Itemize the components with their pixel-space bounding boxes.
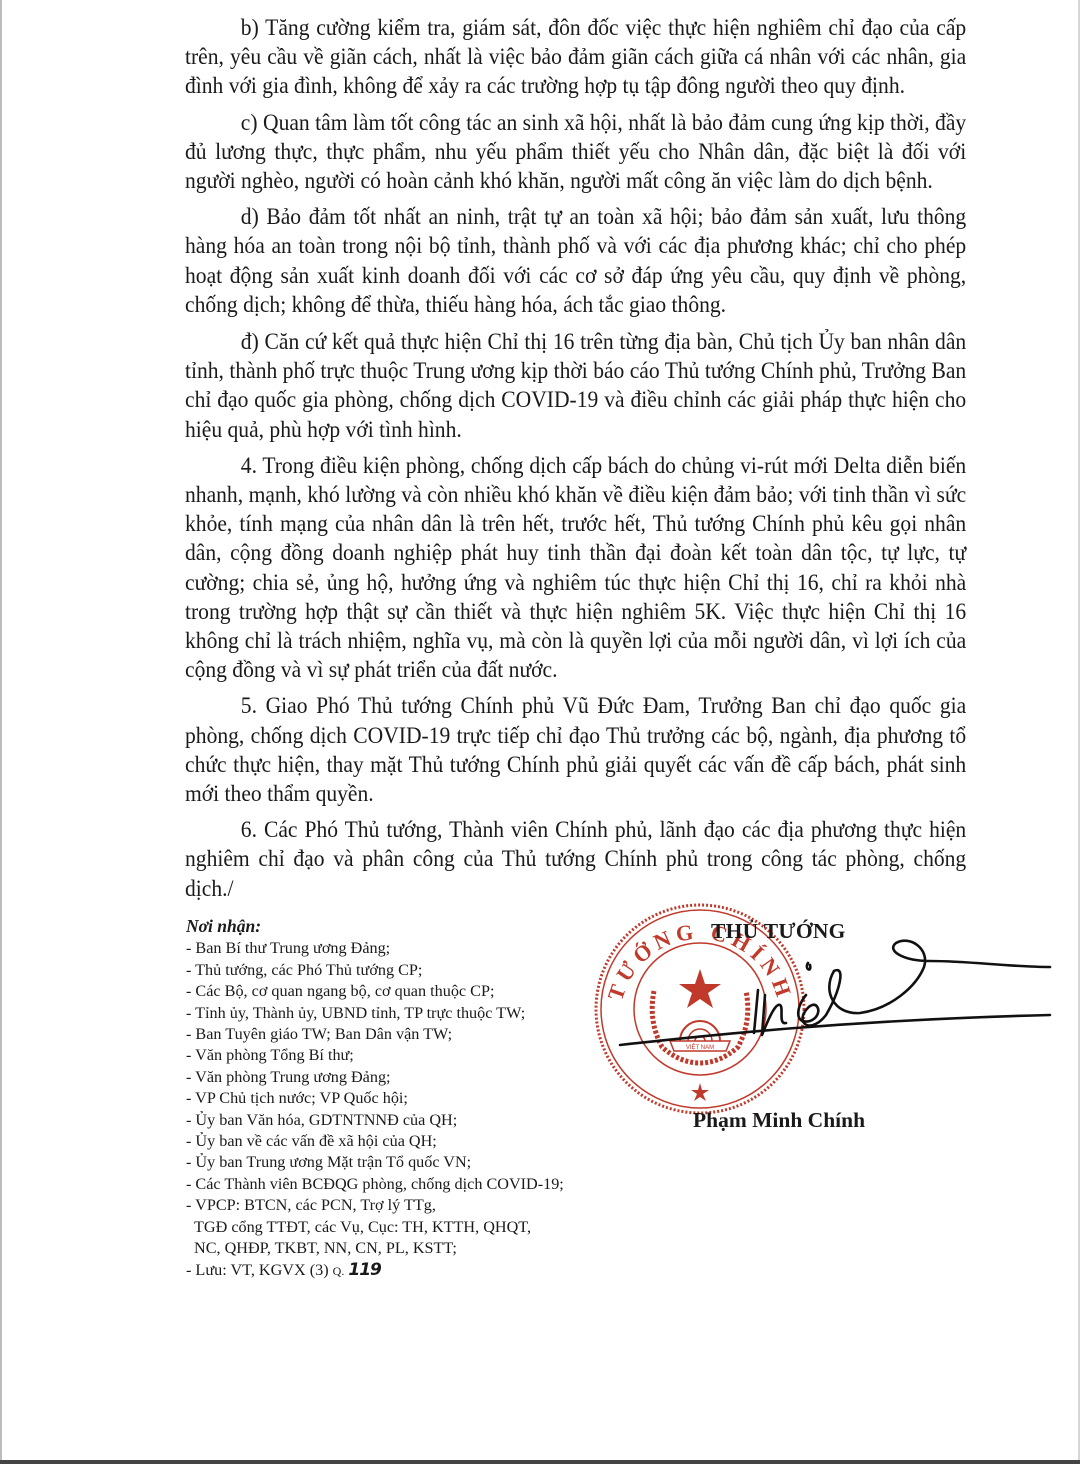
- recipient-item: - VP Chủ tịch nước; VP Quốc hội;: [186, 1088, 626, 1109]
- recipient-item: - Thủ tướng, các Phó Thủ tướng CP;: [186, 960, 626, 981]
- recipient-continuation: TGĐ cổng TTĐT, các Vụ, Cục: TH, KTTH, QH…: [186, 1217, 626, 1238]
- recipient-item: - Ủy ban Trung ương Mặt trận Tổ quốc VN;: [186, 1152, 626, 1173]
- recipient-item: - Văn phòng Tổng Bí thư;: [186, 1045, 626, 1066]
- paragraph-b: b) Tăng cường kiểm tra, giám sát, đôn đố…: [185, 14, 966, 102]
- document-body: b) Tăng cường kiểm tra, giám sát, đôn đố…: [185, 14, 912, 911]
- recipient-item: - VPCP: BTCN, các PCN, Trợ lý TTg,: [186, 1195, 626, 1216]
- paragraph-c: c) Quan tâm làm tốt công tác an sinh xã …: [185, 109, 966, 197]
- recipient-continuation: NC, QHĐP, TKBT, NN, CN, PL, KSTT;: [186, 1238, 626, 1259]
- recipient-item: - Ủy ban Văn hóa, GDTNTNNĐ của QH;: [186, 1110, 626, 1131]
- paragraph-4: 4. Trong điều kiện phòng, chống dịch cấp…: [185, 452, 966, 686]
- paragraph-5: 5. Giao Phó Thủ tướng Chính phủ Vũ Đức Đ…: [185, 692, 966, 809]
- archive-ref-prefix: Q.: [333, 1264, 345, 1278]
- archive-ref-handwritten: 119: [348, 1260, 381, 1280]
- signature-block: THỦ TƯỚNG CHÍNH PHỦ VIỆT NAM THỦ TƯỚNG P…: [590, 895, 1060, 1145]
- page-edge-left: [0, 0, 2, 1460]
- recipient-item: - Các Bộ, cơ quan ngang bộ, cơ quan thuộ…: [186, 981, 626, 1002]
- page-edge-bottom: [0, 1460, 1080, 1464]
- handwritten-signature-icon: [590, 895, 1060, 1145]
- paragraph-dd: đ) Căn cứ kết quả thực hiện Chỉ thị 16 t…: [185, 328, 966, 445]
- recipient-item: - Ban Tuyên giáo TW; Ban Dân vận TW;: [186, 1024, 626, 1045]
- recipient-item: - Ban Bí thư Trung ương Đảng;: [186, 938, 626, 959]
- recipient-item: - Ủy ban về các vấn đề xã hội của QH;: [186, 1131, 626, 1152]
- recipient-item: - Tỉnh ủy, Thành ủy, UBND tỉnh, TP trực …: [186, 1003, 626, 1024]
- recipient-item: - Các Thành viên BCĐQG phòng, chống dịch…: [186, 1174, 626, 1195]
- recipient-item: - Văn phòng Trung ương Đảng;: [186, 1067, 626, 1088]
- recipient-items: - Ban Bí thư Trung ương Đảng;- Thủ tướng…: [186, 938, 626, 1216]
- archive-text: - Lưu: VT, KGVX (3): [186, 1261, 329, 1279]
- paragraph-d: d) Bảo đảm tốt nhất an ninh, trật tự an …: [185, 203, 966, 320]
- paragraph-6: 6. Các Phó Thủ tướng, Thành viên Chính p…: [185, 816, 966, 904]
- recipients-heading: Nơi nhận:: [186, 916, 626, 937]
- recipients-list: Nơi nhận: - Ban Bí thư Trung ương Đảng;-…: [186, 916, 626, 1282]
- archive-line: - Lưu: VT, KGVX (3) Q. 119: [186, 1260, 626, 1282]
